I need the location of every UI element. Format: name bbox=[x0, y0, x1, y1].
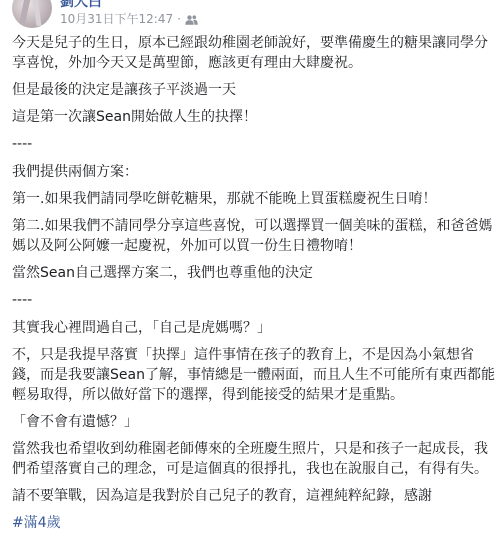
friends-icon[interactable] bbox=[185, 14, 197, 24]
post-timestamp[interactable]: 10月31日下午12:47 bbox=[60, 10, 173, 27]
post-paragraph: 請不要筆戰，因為這是我對於自己兒子的教育，這裡純粹紀錄，感謝 bbox=[12, 486, 498, 506]
hashtag-link[interactable]: #滿4歲 bbox=[12, 515, 61, 531]
post-paragraph: 我們提供兩個方案： bbox=[12, 162, 498, 182]
post-paragraph: 第一.如果我們請同學吃餅乾糖果，那就不能晚上買蛋糕慶祝生日唷！ bbox=[12, 189, 498, 209]
meta-separator: · bbox=[177, 12, 181, 26]
post-paragraph: 今天是兒子的生日，原本已經跟幼稚園老師說好，要準備慶生的糖果讓同學分享喜悅，外加… bbox=[12, 33, 498, 73]
post-divider: ---- bbox=[12, 134, 498, 154]
post-paragraph: 「會不會有遺憾？」 bbox=[12, 412, 498, 432]
post-paragraph: 當然Sean自己選擇方案二，我們也尊重他的決定 bbox=[12, 263, 498, 283]
post-paragraph: 其實我心裡問過自己，「自己是虎媽嗎？」 bbox=[12, 318, 498, 338]
post-divider: ---- bbox=[12, 290, 498, 310]
post-paragraph: 不，只是我提早落實「抉擇」這件事情在孩子的教育上，不是因為小氣想省錢，而是我要讓… bbox=[12, 345, 498, 405]
post-paragraph: 這是第一次讓Sean開始做人生的抉擇！ bbox=[12, 107, 498, 127]
post-paragraph: 當然我也希望收到幼稚園老師傳來的全班慶生照片，只是和孩子一起成長，我們希望落實自… bbox=[12, 439, 498, 479]
post-paragraph: 第二.如果我們不請同學分享這些喜悅，可以選擇買一個美味的蛋糕，和爸爸媽媽以及阿公… bbox=[12, 216, 498, 256]
post-header: 劉大白 10月31日下午12:47 · bbox=[0, 0, 503, 30]
post-body: 今天是兒子的生日，原本已經跟幼稚園老師說好，要準備慶生的糖果讓同學分享喜悅，外加… bbox=[12, 33, 498, 540]
post-meta: 10月31日下午12:47 · bbox=[60, 10, 197, 27]
post-paragraph: 但是最後的決定是讓孩子平淡過一天 bbox=[12, 80, 498, 100]
avatar[interactable] bbox=[12, 0, 52, 28]
